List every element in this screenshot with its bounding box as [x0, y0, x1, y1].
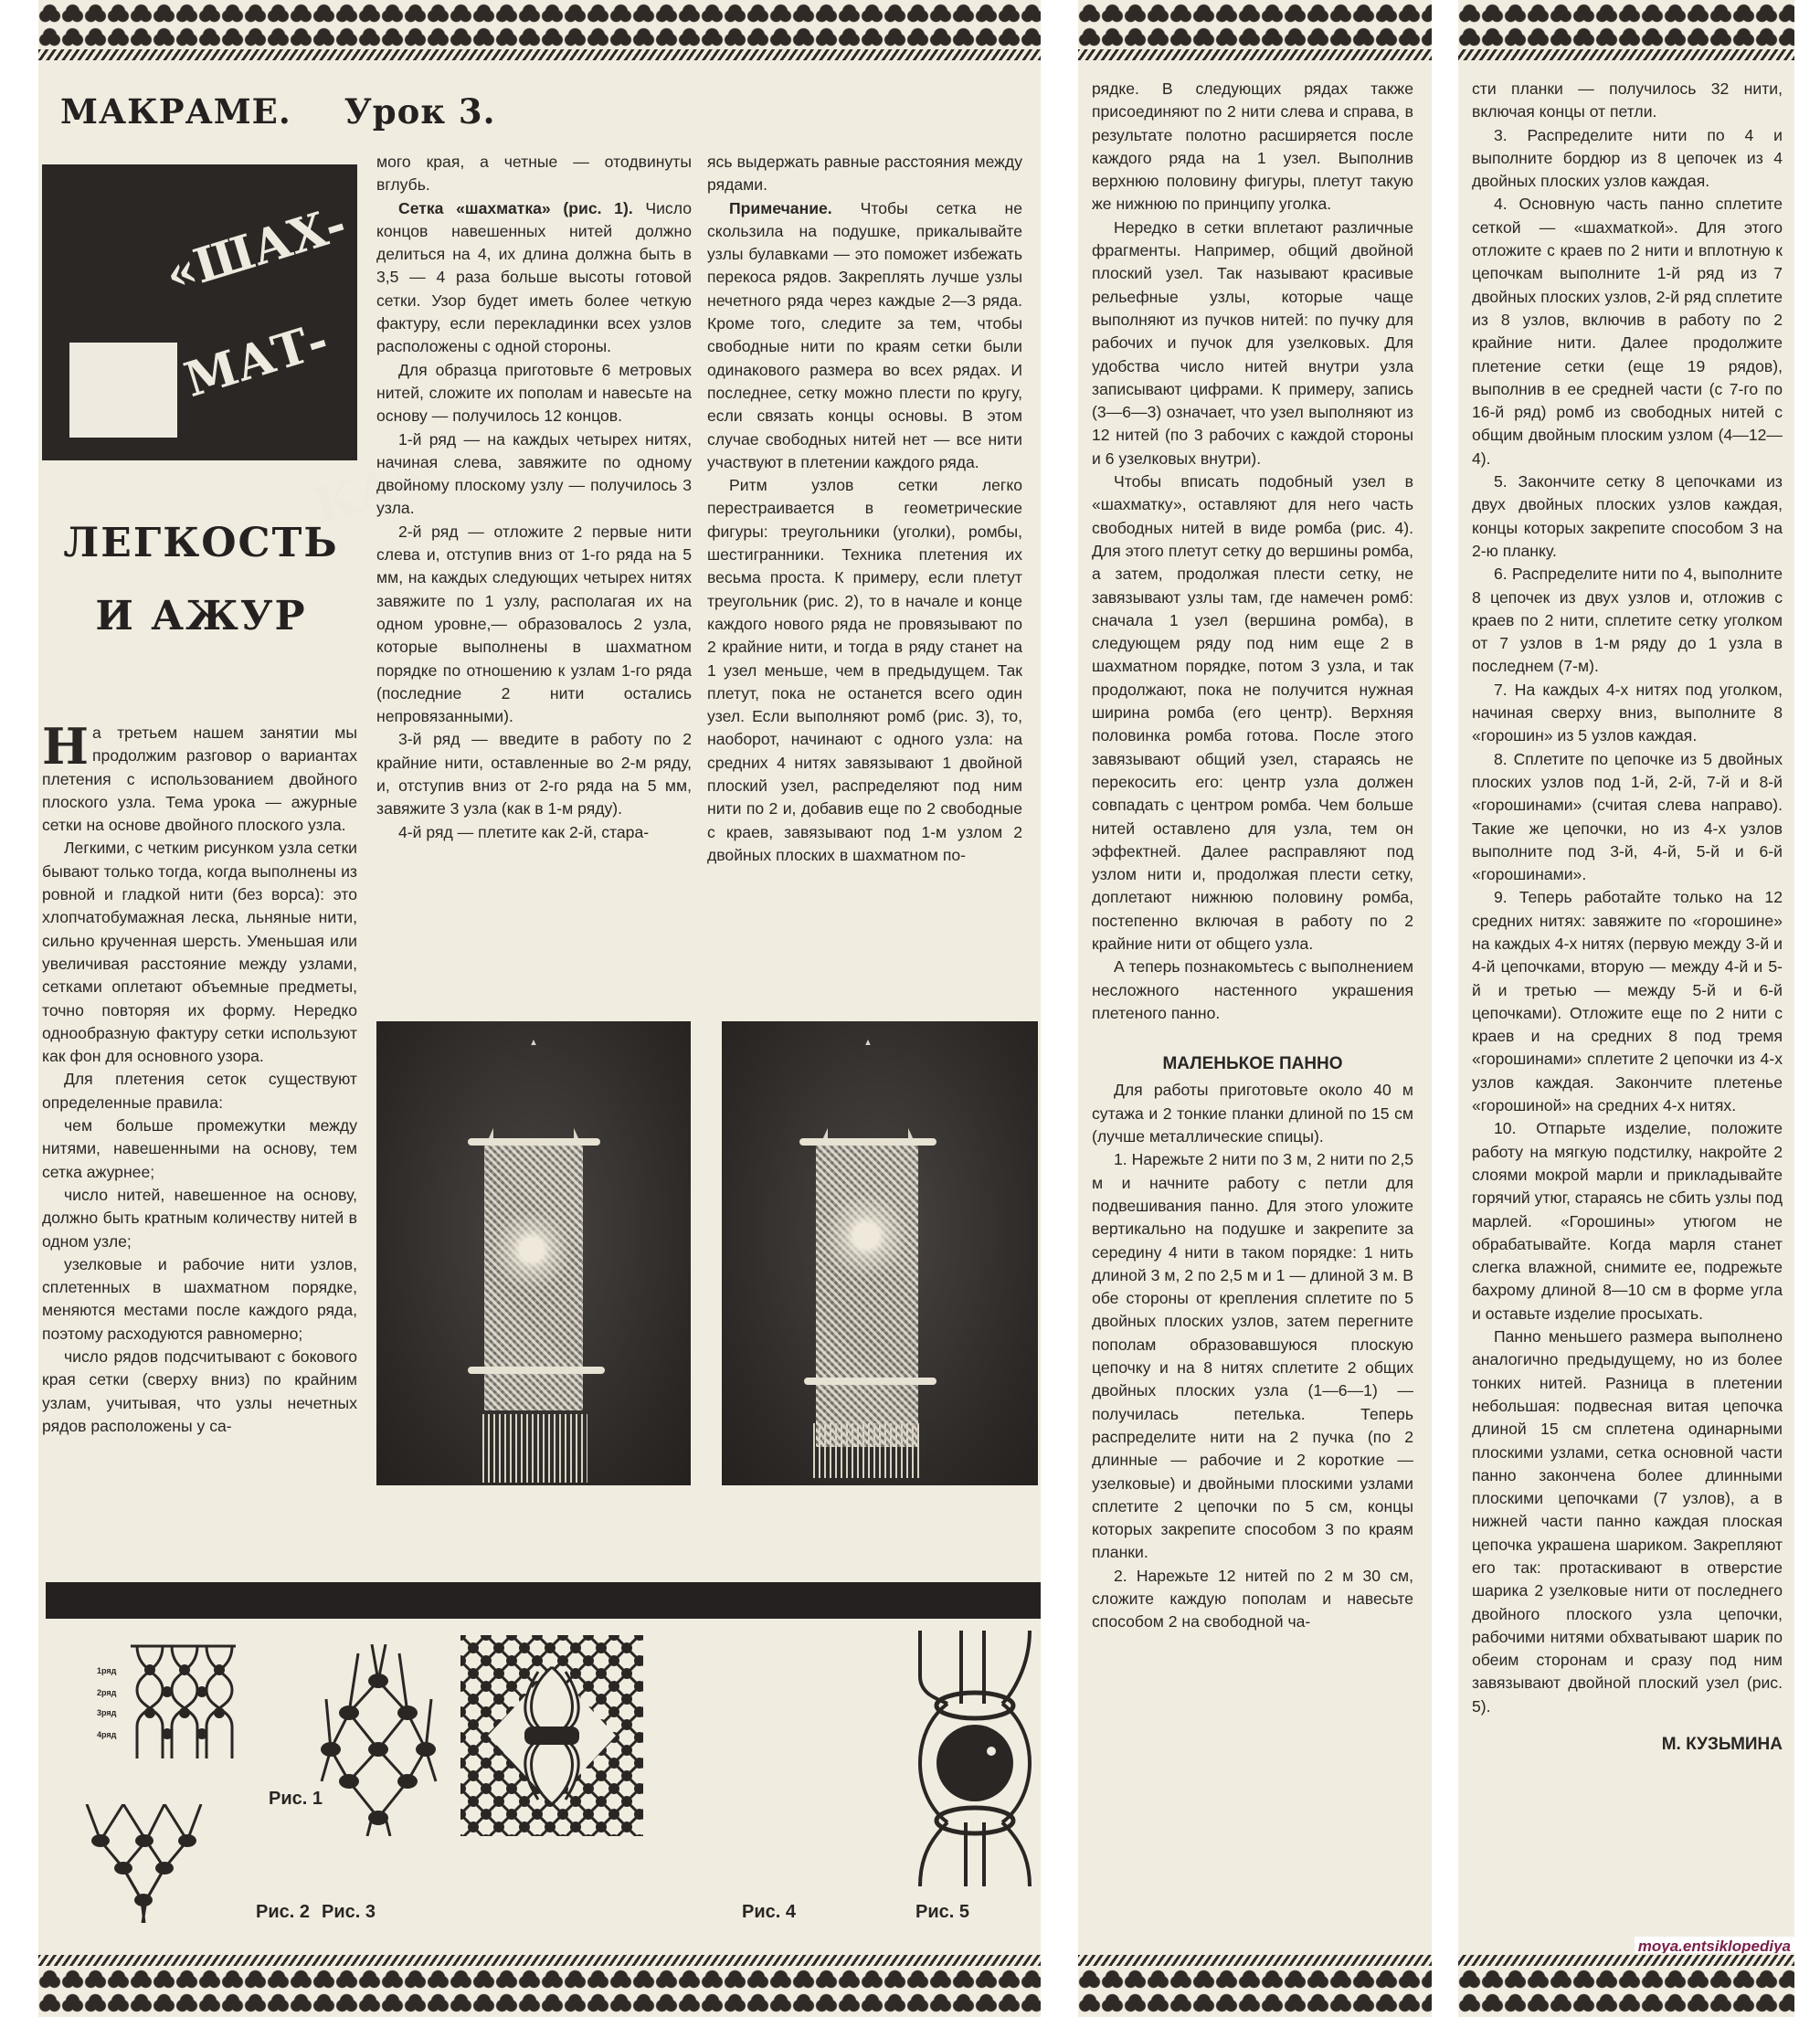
- ornament-border-bottom: [38, 1953, 1041, 2017]
- divider-bar: [46, 1582, 1041, 1619]
- article-subtitle: ЛЕГКОСТЬ И АЖУР: [46, 507, 356, 653]
- bottom-rod: [804, 1378, 936, 1385]
- paragraph: Нередко в сетки вплетают различные фрагм…: [1092, 216, 1413, 470]
- row-label: 2ряд: [97, 1688, 116, 1697]
- ornament-border-bottom: [1078, 1953, 1432, 2017]
- step-item: 10. Отпарьте изделие, положите работу на…: [1472, 1117, 1783, 1325]
- row-label: 1ряд: [97, 1666, 116, 1675]
- paragraph-text: Чтобы сетка не скользила на подушке, при…: [707, 199, 1022, 471]
- step-item: 9. Теперь работайте только на 12 средних…: [1472, 886, 1783, 1117]
- center-knot: [820, 1186, 912, 1286]
- bottom-rod: [468, 1367, 605, 1374]
- step-item: 8. Сплетите по цепочке из 5 двойных плос…: [1472, 748, 1783, 887]
- paragraph: Для плетения сеток существуют определенн…: [42, 1068, 357, 1114]
- paragraph: 3-й ряд — введите в работу по 2 крайние …: [376, 728, 692, 820]
- paragraph: ясь выдержать равные расстояния между ря…: [707, 151, 1022, 197]
- paragraph: сти планки — получилось 32 нити, включая…: [1472, 78, 1783, 124]
- rule-item: число рядов подсчитывают с бокового края…: [42, 1346, 357, 1438]
- ornament-border-top: [1458, 0, 1794, 64]
- fringe: [482, 1414, 587, 1483]
- text-column-2: мого края, а четные — отодвинуты вглубь.…: [376, 151, 692, 844]
- bead-knot-icon: [911, 1631, 1039, 1886]
- paragraph: Сетка «шахматка» (рис. 1). Число концов …: [376, 197, 692, 359]
- ornament-border-top: [1078, 0, 1432, 64]
- section-lead: Сетка «шахматка» (рис. 1).: [398, 199, 633, 217]
- step-item: 6. Распределите нити по 4, выполните 8 ц…: [1472, 563, 1783, 678]
- rule-item: число нитей, навешенное на основу, должн…: [42, 1184, 357, 1253]
- figure-1-caption: Рис. 1: [269, 1789, 323, 1810]
- figure-3-caption: Рис. 3: [322, 1902, 376, 1923]
- rule-item: узелковые и рабочие нити узлов, сплетенн…: [42, 1253, 357, 1346]
- section-heading: МАЛЕНЬКОЕ ПАННО: [1092, 1052, 1413, 1075]
- fringe: [813, 1423, 923, 1478]
- drop-cap: Н: [42, 725, 89, 767]
- text-column-1: На третьем нашем занятии мы продолжим ра…: [42, 722, 357, 1438]
- row-label: 3ряд: [97, 1708, 116, 1717]
- paragraph-text: Число концов навешенных нитей должно дел…: [376, 199, 692, 356]
- text-column-5: сти планки — получилось 32 нити, включая…: [1472, 78, 1783, 1756]
- title-block: «ШАХ- МАТ- КА»:: [42, 164, 357, 460]
- photo-large-panel: [376, 1021, 691, 1485]
- paragraph: Ритм узлов сетки легко перестраивается в…: [707, 474, 1022, 867]
- main-page-sheet: МАКРАМЕ.Урок 3. «ШАХ- МАТ- КА»: ЛЕГКОСТЬ…: [38, 0, 1041, 2017]
- rhombus-mesh-icon: [317, 1644, 440, 1836]
- right-page-sheet: сти планки — получилось 32 нити, включая…: [1458, 0, 1794, 2017]
- mesh-with-knot-icon: [460, 1635, 643, 1836]
- ornament-border-top: [38, 0, 1041, 64]
- figure-5: [911, 1631, 1039, 1886]
- paragraph: 4-й ряд — плетите как 2-й, стара-: [376, 821, 692, 844]
- text-column-3: ясь выдержать равные расстояния между ря…: [707, 151, 1022, 867]
- paragraph: Чтобы вписать подобный узел в «шахматку»…: [1092, 470, 1413, 956]
- paragraph-text: а третьем нашем занятии мы продолжим раз…: [42, 723, 357, 834]
- paragraph: Для работы приготовьте около 40 м сутажа…: [1092, 1079, 1413, 1148]
- figure-4-caption: Рис. 4: [742, 1902, 796, 1923]
- figure-1: 1ряд 2ряд 3ряд 4ряд: [71, 1635, 254, 1763]
- subtitle-line-2: И АЖУР: [46, 580, 356, 653]
- paragraph: мого края, а четные — отодвинуты вглубь.: [376, 151, 692, 197]
- paragraph: 2-й ряд — отложите 2 первые нити слева и…: [376, 521, 692, 729]
- paragraph: Панно меньшего размера выполнено аналоги…: [1472, 1325, 1783, 1718]
- triangle-mesh-icon: [82, 1804, 206, 1923]
- figure-4: [460, 1635, 643, 1836]
- hanging-loop: [822, 1040, 914, 1140]
- top-rod: [799, 1138, 936, 1146]
- paragraph: Примечание. Чтобы сетка не скользила на …: [707, 197, 1022, 475]
- ornament-border-bottom: [1458, 1953, 1794, 2017]
- figure-3: [317, 1644, 440, 1836]
- step-item: 7. На каждых 4-х нитях под уголком, начи…: [1472, 679, 1783, 748]
- step-item: 2. Нарежьте 12 нитей по 2 м 30 см, сложи…: [1092, 1565, 1413, 1634]
- step-item: 1. Нарежьте 2 нити по 3 м, 2 нити по 2,5…: [1092, 1148, 1413, 1564]
- rule-item: чем больше промежутки между нитями, наве…: [42, 1114, 357, 1184]
- step-item: 3. Распределите нити по 4 и выполните бо…: [1472, 124, 1783, 194]
- row-label: 4ряд: [97, 1730, 116, 1739]
- center-knot: [486, 1204, 577, 1295]
- lesson-number: Урок 3.: [344, 91, 496, 132]
- top-rod: [468, 1138, 600, 1146]
- subtitle-line-1: ЛЕГКОСТЬ: [46, 507, 356, 580]
- title-line-1: «ШАХ-: [159, 196, 353, 304]
- paragraph: рядке. В следующих рядах также присоедин…: [1092, 78, 1413, 216]
- step-item: 4. Основную часть панно сплетите сеткой …: [1472, 193, 1783, 470]
- figure-2-caption: Рис. 2: [256, 1902, 310, 1923]
- paragraph: На третьем нашем занятии мы продолжим ра…: [42, 722, 357, 837]
- middle-page-sheet: рядке. В следующих рядах также присоедин…: [1078, 0, 1432, 2017]
- text-column-4: рядке. В следующих рядах также присоедин…: [1092, 78, 1413, 1634]
- photo-small-panel: [722, 1021, 1038, 1485]
- author-signature: М. КУЗЬМИНА: [1472, 1733, 1783, 1756]
- hanging-loop: [488, 1040, 579, 1140]
- paragraph: 1-й ряд — на каждых четырех нитях, начин…: [376, 428, 692, 521]
- figure-2: [82, 1804, 206, 1923]
- checker-square-icon: [69, 343, 177, 438]
- rubric-header: МАКРАМЕ.Урок 3.: [60, 91, 496, 132]
- note-lead: Примечание.: [729, 199, 832, 217]
- figure-5-caption: Рис. 5: [915, 1902, 969, 1923]
- paragraph: Легкими, с четким рисунком узла сетки бы…: [42, 837, 357, 1068]
- checkerboard-mesh-icon: [71, 1635, 254, 1763]
- paragraph: Для образца приготовьте 6 метровых нитей…: [376, 359, 692, 428]
- step-item: 5. Закончите сетку 8 цепочками из двух д…: [1472, 470, 1783, 563]
- paragraph: А теперь познакомьтесь с выполнением нес…: [1092, 956, 1413, 1025]
- rubric-title: МАКРАМЕ.: [60, 91, 291, 132]
